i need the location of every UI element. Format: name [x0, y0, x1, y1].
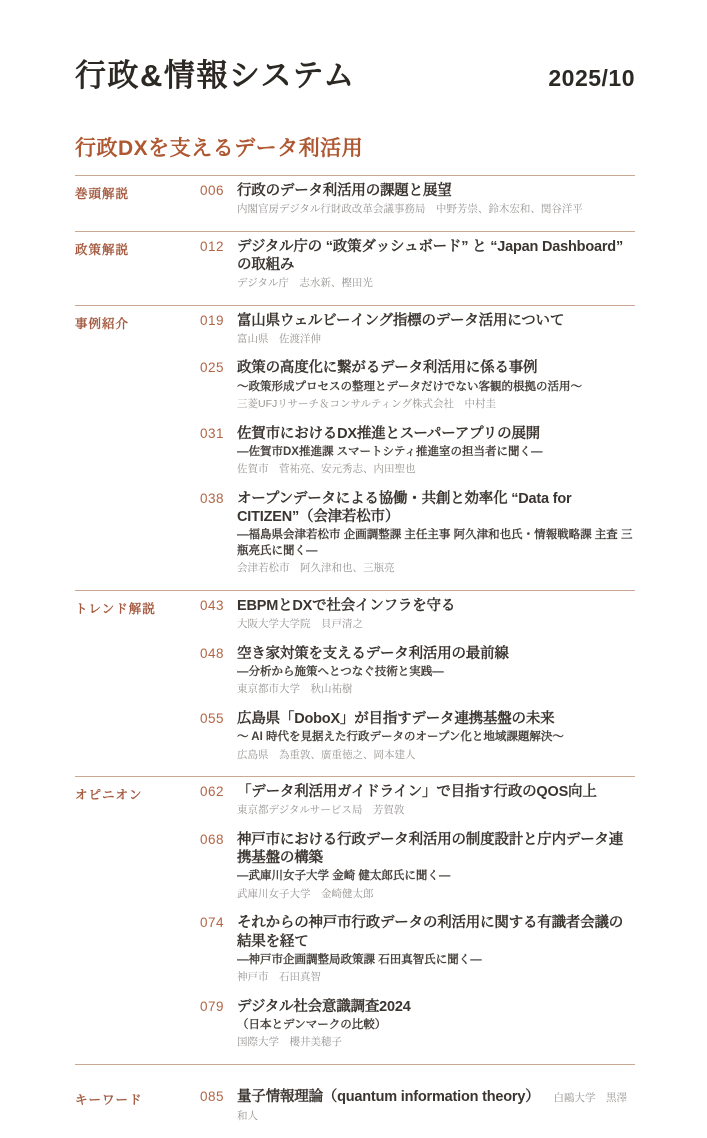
entry-title: 空き家対策を支えるデータ利活用の最前線: [237, 645, 635, 663]
entry-authors: デジタル庁 志水新、樫田光: [237, 277, 635, 291]
toc-entry: 019富山県ウェルビーイング指標のデータ活用について富山県 佐渡洋伸: [200, 312, 635, 347]
entry-main: 神戸市における行政データ利活用の制度設計と庁内データ連携基盤の構築―武庫川女子大…: [237, 831, 635, 901]
entry-authors: 神戸市 石田真智: [237, 971, 635, 985]
entry-title: 神戸市における行政データ利活用の制度設計と庁内データ連携基盤の構築: [237, 831, 635, 867]
entry-page-number: 031: [200, 425, 237, 477]
entry-main: オープンデータによる協働・共創と効率化 “Data for CITIZEN”（会…: [237, 490, 635, 576]
toc-section: 巻頭解説006行政のデータ利活用の課題と展望内閣官房デジタル行財政改革会議事務局…: [75, 175, 635, 231]
entry-title: オープンデータによる協働・共創と効率化 “Data for CITIZEN”（会…: [237, 490, 635, 526]
section-label: 政策解説: [75, 238, 200, 304]
entry-page-number: 025: [200, 359, 237, 411]
entry-main: 空き家対策を支えるデータ利活用の最前線―分析から施策へとつなぐ技術と実践―東京都…: [237, 645, 635, 697]
entry-title: デジタル庁の “政策ダッシュボード” と “Japan Dashboard” の…: [237, 238, 635, 274]
entry-main: デジタル庁の “政策ダッシュボード” と “Japan Dashboard” の…: [237, 238, 635, 291]
entry-page-number: 062: [200, 783, 237, 818]
toc-entry: 074それからの神戸市行政データの利活用に関する有識者会議の結果を経て―神戸市企…: [200, 914, 635, 984]
entry-subtitle: ―福島県会津若松市 企画調整課 主任主事 阿久津和也氏・情報戦略課 主査 三瓶亮…: [237, 528, 635, 559]
entry-page-number: 074: [200, 914, 237, 984]
entry-authors: 内閣官房デジタル行財政改革会議事務局 中野芳崇、鈴木宏和、関谷洋平: [237, 203, 635, 217]
entry-authors: 武庫川女子大学 金崎健太郎: [237, 888, 635, 902]
entry-main: 政策の高度化に繋がるデータ利活用に係る事例～政策形成プロセスの整理とデータだけで…: [237, 359, 635, 411]
section-entries: 006行政のデータ利活用の課題と展望内閣官房デジタル行財政改革会議事務局 中野芳…: [200, 182, 635, 230]
entry-main: 「データ利活用ガイドライン」で目指す行政のQOS向上東京都デジタルサービス局 芳…: [237, 783, 635, 818]
section-label: キーワード: [75, 1088, 200, 1137]
toc-page: 行政&情報システム 2025/10 行政DXを支えるデータ利活用 巻頭解説006…: [0, 0, 707, 1000]
entry-authors: 大阪大学大学院 貝戸清之: [237, 618, 635, 632]
entry-page-number: 043: [200, 597, 237, 632]
entry-title: デジタル社会意識調査2024: [237, 998, 635, 1016]
entry-authors: 広島県 為重敦、廣重徳之、岡本建人: [237, 749, 635, 763]
toc-entry: 006行政のデータ利活用の課題と展望内閣官房デジタル行財政改革会議事務局 中野芳…: [200, 182, 635, 217]
entry-page-number: 068: [200, 831, 237, 901]
toc-section: 政策解説012デジタル庁の “政策ダッシュボード” と “Japan Dashb…: [75, 231, 635, 305]
entry-authors: 三菱UFJリサーチ＆コンサルティング株式会社 中村圭: [237, 398, 635, 412]
entry-page-number: 055: [200, 710, 237, 762]
toc-section: トレンド解説043EBPMとDXで社会インフラを守る大阪大学大学院 貝戸清之04…: [75, 590, 635, 776]
section-label: 事例紹介: [75, 312, 200, 589]
entry-subtitle: （日本とデンマークの比較）: [237, 1018, 635, 1034]
entry-title-text: 量子情報理論（quantum information theory）: [237, 1089, 540, 1105]
entry-authors: 富山県 佐渡洋伸: [237, 333, 635, 347]
toc-section: オピニオン062「データ利活用ガイドライン」で目指す行政のQOS向上東京都デジタ…: [75, 776, 635, 1064]
toc-entry: 043EBPMとDXで社会インフラを守る大阪大学大学院 貝戸清之: [200, 597, 635, 632]
section-entries: 012デジタル庁の “政策ダッシュボード” と “Japan Dashboard…: [200, 238, 635, 304]
section-label: 巻頭解説: [75, 182, 200, 230]
toc-entry: 048空き家対策を支えるデータ利活用の最前線―分析から施策へとつなぐ技術と実践―…: [200, 645, 635, 697]
entry-title: 行政のデータ利活用の課題と展望: [237, 182, 635, 200]
entry-authors: 佐賀市 菅祐亮、安元秀志、内田聖也: [237, 463, 635, 477]
toc: 巻頭解説006行政のデータ利活用の課題と展望内閣官房デジタル行財政改革会議事務局…: [75, 175, 635, 1138]
entry-authors: 東京都市大学 秋山祐樹: [237, 683, 635, 697]
entry-main: デジタル社会意識調査2024（日本とデンマークの比較）国際大学 櫻井美穂子: [237, 998, 635, 1050]
entry-title: EBPMとDXで社会インフラを守る: [237, 597, 635, 615]
section-entries: 062「データ利活用ガイドライン」で目指す行政のQOS向上東京都デジタルサービス…: [200, 783, 635, 1063]
entry-page-number: 006: [200, 182, 237, 217]
entry-main: 行政のデータ利活用の課題と展望内閣官房デジタル行財政改革会議事務局 中野芳崇、鈴…: [237, 182, 635, 217]
section-label: オピニオン: [75, 783, 200, 1063]
entry-title: 政策の高度化に繋がるデータ利活用に係る事例: [237, 359, 635, 377]
magazine-title: 行政&情報システム: [75, 50, 356, 95]
entry-subtitle: ～ AI 時代を見据えた行政データのオープン化と地域課題解決～: [237, 730, 635, 746]
toc-entry: 062「データ利活用ガイドライン」で目指す行政のQOS向上東京都デジタルサービス…: [200, 783, 635, 818]
entry-title: 広島県「DoboX」が目指すデータ連携基盤の未来: [237, 710, 635, 728]
entry-main: 富山県ウェルビーイング指標のデータ活用について富山県 佐渡洋伸: [237, 312, 635, 347]
toc-entry: 025政策の高度化に繋がるデータ利活用に係る事例～政策形成プロセスの整理とデータ…: [200, 359, 635, 411]
entry-main: それからの神戸市行政データの利活用に関する有識者会議の結果を経て―神戸市企画調整…: [237, 914, 635, 984]
toc-entry: 055広島県「DoboX」が目指すデータ連携基盤の未来～ AI 時代を見据えた行…: [200, 710, 635, 762]
entry-page-number: 038: [200, 490, 237, 576]
section-entries: 043EBPMとDXで社会インフラを守る大阪大学大学院 貝戸清之048空き家対策…: [200, 597, 635, 775]
issue-date: 2025/10: [548, 65, 635, 92]
entry-subtitle: ～政策形成プロセスの整理とデータだけでない客観的根拠の活用～: [237, 380, 635, 396]
entry-title: 富山県ウェルビーイング指標のデータ活用について: [237, 312, 635, 330]
masthead: 行政&情報システム 2025/10: [75, 50, 635, 95]
toc-section: キーワード085量子情報理論（quantum information theor…: [75, 1064, 635, 1138]
entry-subtitle: ―神戸市企画調整局政策課 石田真智氏に聞く―: [237, 953, 635, 969]
entry-subtitle: ―分析から施策へとつなぐ技術と実践―: [237, 665, 635, 681]
entry-main: 広島県「DoboX」が目指すデータ連携基盤の未来～ AI 時代を見据えた行政デー…: [237, 710, 635, 762]
entry-title: 佐賀市におけるDX推進とスーパーアプリの展開: [237, 425, 635, 443]
entry-title: 量子情報理論（quantum information theory）白鷗大学 黒…: [237, 1088, 635, 1124]
entry-main: EBPMとDXで社会インフラを守る大阪大学大学院 貝戸清之: [237, 597, 635, 632]
toc-entry: 068神戸市における行政データ利活用の制度設計と庁内データ連携基盤の構築―武庫川…: [200, 831, 635, 901]
entry-authors: 会津若松市 阿久津和也、三瓶亮: [237, 562, 635, 576]
entry-subtitle: ―武庫川女子大学 金崎 健太郎氏に聞く―: [237, 869, 635, 885]
toc-entry: 012デジタル庁の “政策ダッシュボード” と “Japan Dashboard…: [200, 238, 635, 291]
toc-entry: 031佐賀市におけるDX推進とスーパーアプリの展開―佐賀市DX推進課 スマートシ…: [200, 425, 635, 477]
entry-page-number: 048: [200, 645, 237, 697]
toc-entry: 038オープンデータによる協働・共創と効率化 “Data for CITIZEN…: [200, 490, 635, 576]
section-label: トレンド解説: [75, 597, 200, 775]
entry-subtitle: ―佐賀市DX推進課 スマートシティ推進室の担当者に聞く―: [237, 445, 635, 461]
toc-entry: 079デジタル社会意識調査2024（日本とデンマークの比較）国際大学 櫻井美穂子: [200, 998, 635, 1050]
entry-page-number: 019: [200, 312, 237, 347]
toc-section: 事例紹介019富山県ウェルビーイング指標のデータ活用について富山県 佐渡洋伸02…: [75, 305, 635, 590]
entry-title: それからの神戸市行政データの利活用に関する有識者会議の結果を経て: [237, 914, 635, 950]
section-entries: 085量子情報理論（quantum information theory）白鷗大…: [200, 1088, 635, 1137]
toc-entry: 085量子情報理論（quantum information theory）白鷗大…: [200, 1088, 635, 1124]
entry-page-number: 012: [200, 238, 237, 291]
entry-main: 量子情報理論（quantum information theory）白鷗大学 黒…: [237, 1088, 635, 1124]
feature-title: 行政DXを支えるデータ利活用: [75, 132, 635, 162]
entry-title: 「データ利活用ガイドライン」で目指す行政のQOS向上: [237, 783, 635, 801]
entry-authors: 東京都デジタルサービス局 芳賀敦: [237, 804, 635, 818]
entry-main: 佐賀市におけるDX推進とスーパーアプリの展開―佐賀市DX推進課 スマートシティ推…: [237, 425, 635, 477]
section-entries: 019富山県ウェルビーイング指標のデータ活用について富山県 佐渡洋伸025政策の…: [200, 312, 635, 589]
entry-page-number: 079: [200, 998, 237, 1050]
entry-authors: 国際大学 櫻井美穂子: [237, 1036, 635, 1050]
entry-page-number: 085: [200, 1088, 237, 1124]
